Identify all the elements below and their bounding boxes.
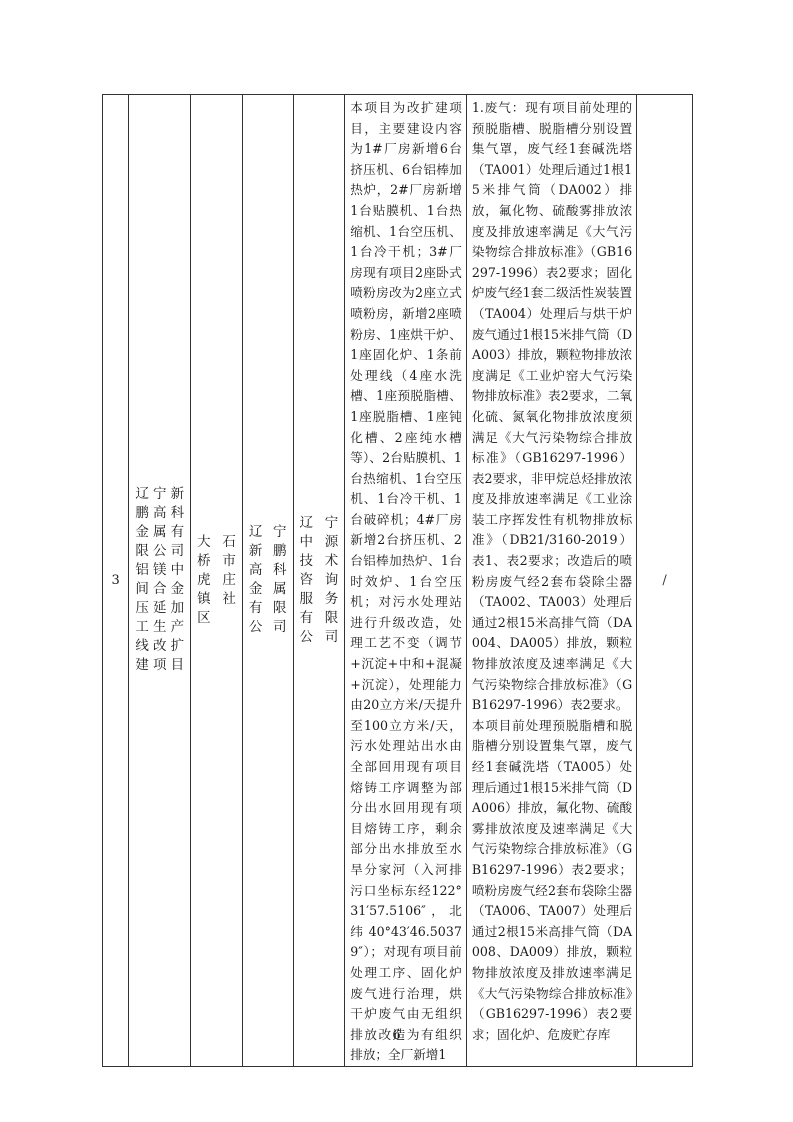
project-name-cell: 辽宁新鹏高科金属有限公司铝镁中间合金压延加工生产线改扩建项目 — [129, 95, 191, 1067]
environmental-measures-cell: 1.废气：现有项目前处理的预脱脂槽、脱脂槽分别设置集气罩，废气经1套碱洗塔（TA… — [466, 95, 636, 1067]
page-number: 6 — [0, 1028, 793, 1043]
row-index: 3 — [103, 95, 129, 1067]
consultant-cell: 辽宁中源技术咨询服务有限公司 — [293, 95, 345, 1067]
table-row: 3 辽宁新鹏高科金属有限公司铝镁中间合金压延加工生产线改扩建项目 大石桥市虎庄镇… — [103, 95, 693, 1067]
project-table: 3 辽宁新鹏高科金属有限公司铝镁中间合金压延加工生产线改扩建项目 大石桥市虎庄镇… — [102, 94, 693, 1067]
remarks-cell: / — [637, 95, 693, 1067]
developer-cell: 辽宁新鹏高科金属有限公司 — [242, 95, 293, 1067]
construction-content-cell: 本项目为改扩建项目，主要建设内容为1#厂房新增6台挤压机、6台铝棒加热炉，2#厂… — [345, 95, 467, 1067]
location-cell: 大石桥市虎庄镇社区 — [191, 95, 243, 1067]
